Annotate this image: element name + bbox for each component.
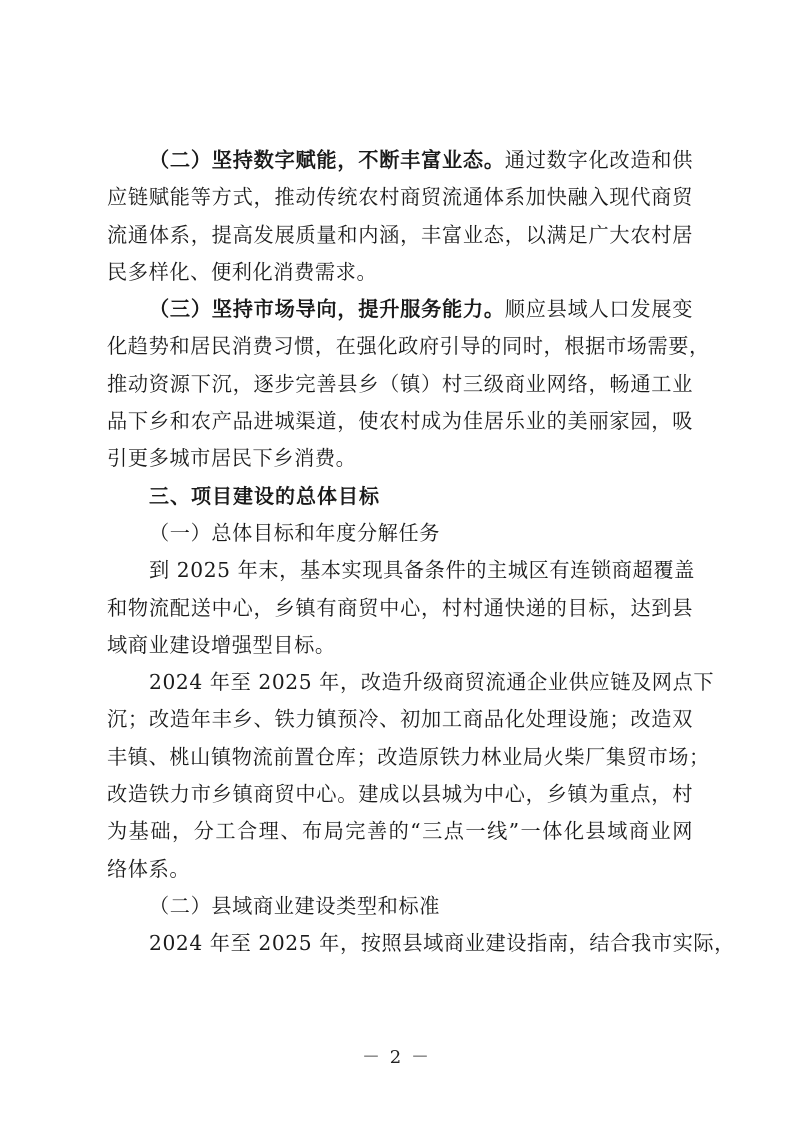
text-line: 化趋势和居民消费习惯，在强化政府引导的同时，根据市场需要，	[107, 328, 693, 365]
text-line: 应链赋能等方式，推动传统农村商贸流通体系加快融入现代商贸	[107, 179, 693, 216]
subsection-heading: （一）总体目标和年度分解任务	[107, 515, 693, 552]
text-line: （二）坚持数字赋能，不断丰富业态。通过数字化改造和供	[107, 142, 693, 179]
subsection-heading: （二）县域商业建设类型和标准	[107, 888, 693, 925]
paragraph-construction-standard: 2024 年至 2025 年，按照县域商业建设指南，结合我市实际，	[107, 925, 693, 962]
text-line: 和物流配送中心，乡镇有商贸中心，村村通快递的目标，达到县	[107, 590, 693, 627]
text-line: 络体系。	[107, 851, 693, 888]
text-line: 沉；改造年丰乡、铁力镇预冷、初加工商品化处理设施；改造双	[107, 701, 693, 738]
document-page: （二）坚持数字赋能，不断丰富业态。通过数字化改造和供 应链赋能等方式，推动传统农…	[107, 142, 693, 963]
text-line: 改造铁力市乡镇商贸中心。建成以县城为中心，乡镇为重点，村	[107, 776, 693, 813]
text-line: 域商业建设增强型目标。	[107, 627, 693, 664]
text-line: （三）坚持市场导向，提升服务能力。顺应县域人口发展变	[107, 291, 693, 328]
text-line: 民多样化、便利化消费需求。	[107, 254, 693, 291]
section-heading: 三、项目建设的总体目标	[107, 478, 693, 515]
paragraph-lead: （三）坚持市场导向，提升服务能力。	[149, 297, 505, 321]
text-line: 丰镇、桃山镇物流前置仓库；改造原铁力林业局火柴厂集贸市场；	[107, 739, 693, 776]
text-line: 到 2025 年末，基本实现具备条件的主城区有连锁商超覆盖	[107, 552, 693, 589]
paragraph-market-orientation: （三）坚持市场导向，提升服务能力。顺应县域人口发展变 化趋势和居民消费习惯，在强…	[107, 291, 693, 477]
text-line: 2024 年至 2025 年，按照县域商业建设指南，结合我市实际，	[107, 925, 693, 962]
text-line: 2024 年至 2025 年，改造升级商贸流通企业供应链及网点下	[107, 664, 693, 701]
text-line: 引更多城市居民下乡消费。	[107, 440, 693, 477]
paragraph-digital-empowerment: （二）坚持数字赋能，不断丰富业态。通过数字化改造和供 应链赋能等方式，推动传统农…	[107, 142, 693, 291]
text-line: 品下乡和农产品进城渠道，使农村成为佳居乐业的美丽家园，吸	[107, 403, 693, 440]
paragraph-overall-goal: 到 2025 年末，基本实现具备条件的主城区有连锁商超覆盖 和物流配送中心，乡镇…	[107, 552, 693, 664]
text-line: 为基础，分工合理、布局完善的“三点一线”一体化县域商业网	[107, 813, 693, 850]
text-line: 流通体系，提高发展质量和内涵，丰富业态，以满足广大农村居	[107, 217, 693, 254]
text-line: 推动资源下沉，逐步完善县乡（镇）村三级商业网络，畅通工业	[107, 366, 693, 403]
page-number: － 2 －	[0, 1043, 793, 1069]
paragraph-lead: （二）坚持数字赋能，不断丰富业态。	[149, 148, 505, 172]
paragraph-annual-tasks: 2024 年至 2025 年，改造升级商贸流通企业供应链及网点下 沉；改造年丰乡…	[107, 664, 693, 888]
